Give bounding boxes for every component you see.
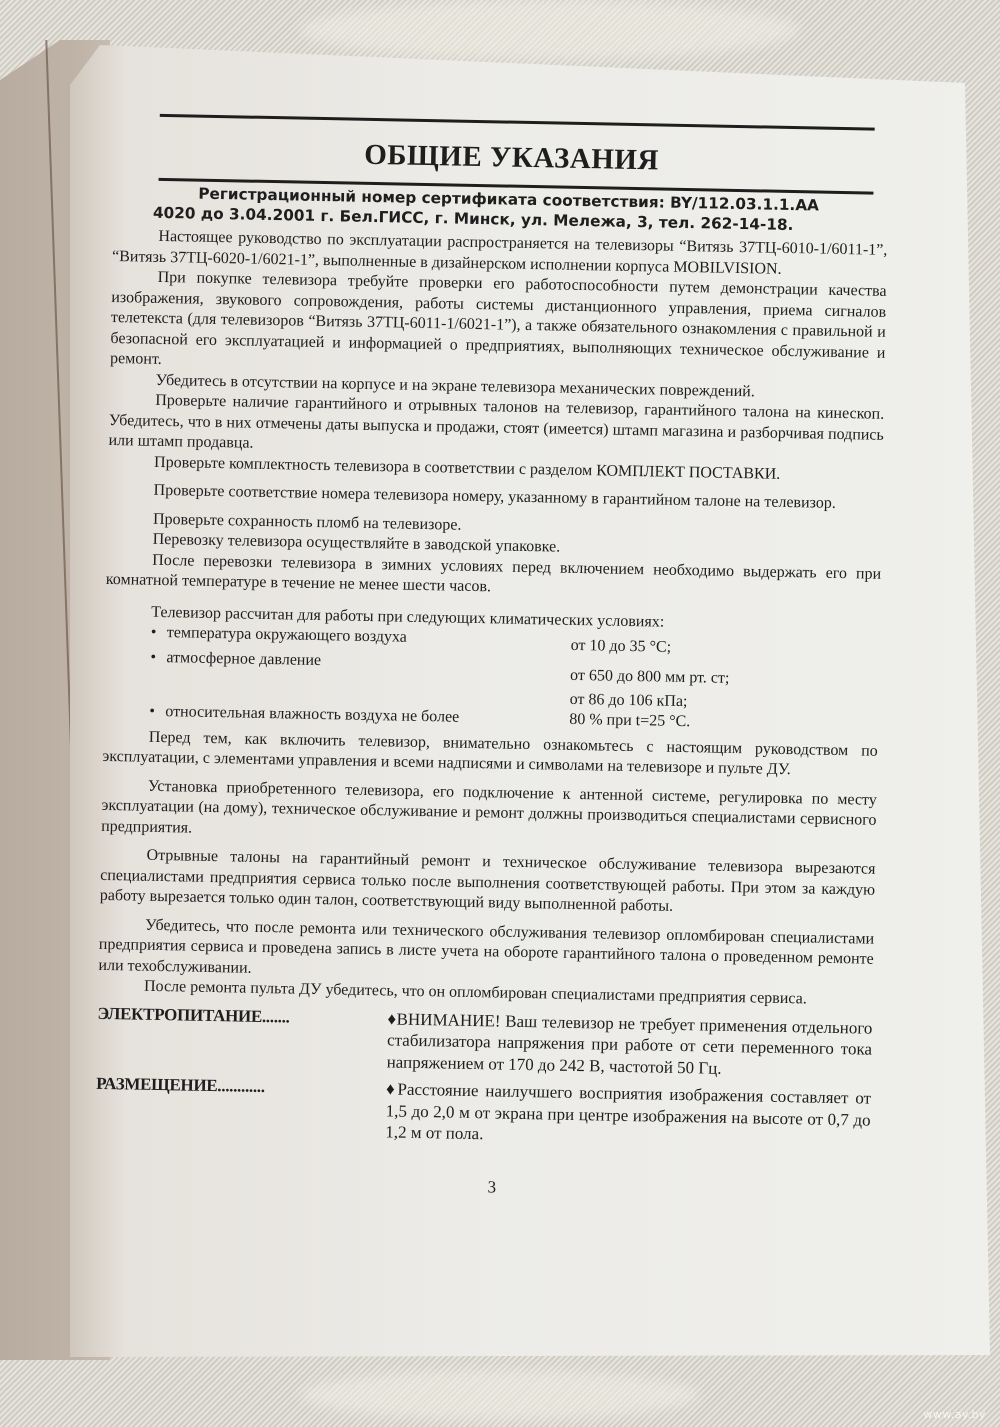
section-power-supply: ЭЛЕКТРОПИТАНИЕ....... ♦ВНИМАНИЕ! Ваш тел…: [97, 1002, 873, 1081]
bullet-icon: •: [150, 647, 156, 667]
section-text: ♦Расстояние наилучшего восприятия изобра…: [385, 1078, 871, 1152]
section-placement: РАЗМЕЩЕНИЕ............ ♦Расстояние наилу…: [95, 1073, 871, 1152]
page-content: ОБЩИЕ УКАЗАНИЯ Регистрационный номер сер…: [94, 105, 890, 1204]
section-text: ♦ВНИМАНИЕ! Ваш телевизор не требует прим…: [386, 1008, 872, 1082]
condition-label: [150, 678, 166, 695]
paragraph-text: Установка приобретенного телевизора, его…: [101, 777, 877, 836]
watermark: www.ay.by: [923, 1408, 986, 1421]
section-label: ЭЛЕКТРОПИТАНИЕ.......: [97, 1002, 388, 1072]
paragraph-text: Проверьте соответствие номера телевизора…: [153, 482, 836, 512]
climate-conditions: Телевизор рассчитан для работы при следу…: [103, 600, 880, 735]
paragraph: Перед тем, как включить телевизор, внима…: [102, 726, 878, 782]
paragraph: Отрывные талоны на гарантийный ремонт и …: [100, 845, 876, 921]
tablecloth-pattern: [300, 1370, 700, 1420]
paragraph-text: При покупке телевизора требуйте проверки…: [110, 269, 887, 368]
section-label: РАЗМЕЩЕНИЕ............: [95, 1073, 386, 1143]
paragraph-text: Убедитесь, что после ремонта или техниче…: [98, 916, 874, 976]
paragraph-text: Отрывные талоны на гарантийный ремонт и …: [100, 847, 876, 915]
bullet-icon: •: [151, 622, 157, 642]
paragraph: При покупке телевизора требуйте проверки…: [110, 267, 887, 384]
page-title: ОБЩИЕ УКАЗАНИЯ: [114, 134, 889, 182]
general-instructions: Настоящее руководство по эксплуатации ра…: [106, 226, 888, 605]
tablecloth-pattern: [300, 0, 800, 60]
operation-instructions: Перед тем, как включить телевизор, внима…: [98, 726, 878, 1011]
condition-label: атмосферное давление: [150, 648, 321, 668]
paragraph-text: Перед тем, как включить телевизор, внима…: [102, 728, 878, 778]
bullet-icon: •: [149, 701, 155, 721]
paragraph: Установка приобретенного телевизора, его…: [101, 775, 877, 851]
condition-label: температура окружающего воздуха: [151, 623, 407, 645]
condition-label: относительная влажность воздуха не более: [149, 702, 459, 725]
